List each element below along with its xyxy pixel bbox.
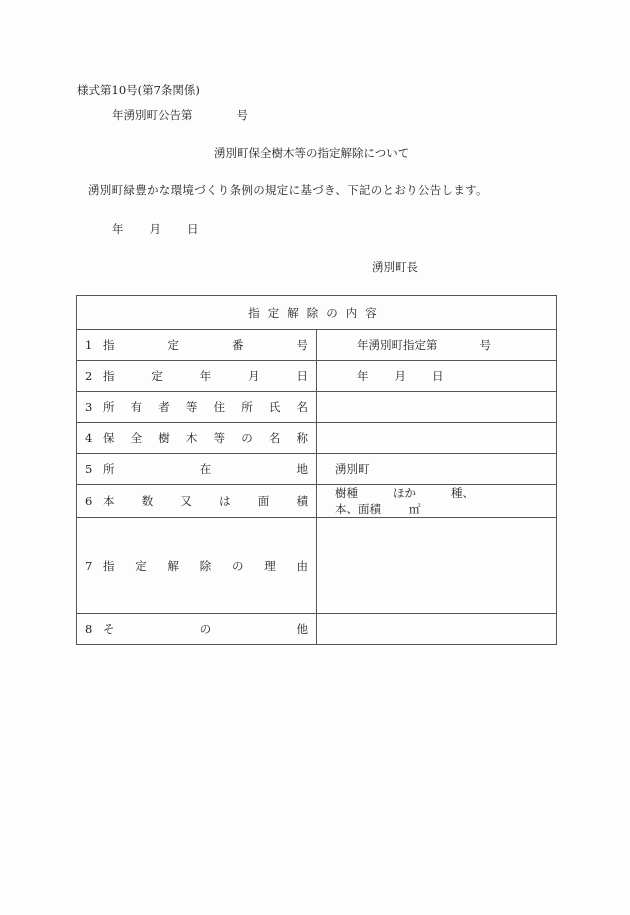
row-label-tree-name: 4 保 全 樹 木 等 の 名 称 (77, 423, 317, 454)
notice-number-line: 年湧別町公告第号 (112, 110, 248, 122)
row-label-designation-date: 2 指 定 年 月 日 (77, 361, 317, 392)
table-heading-row: 指定解除の内容 (77, 296, 557, 330)
location-field[interactable]: 湧別町 (317, 454, 557, 485)
owner-address-name-field[interactable] (317, 392, 557, 423)
table-row: 3 所 有 者 等 住 所 氏 名 (77, 392, 557, 423)
row-number: 4 (85, 431, 103, 445)
row-number: 1 (85, 338, 103, 352)
tree-name-field[interactable] (317, 423, 557, 454)
row-number: 3 (85, 400, 103, 414)
row-number: 5 (85, 462, 103, 476)
species-label: 樹種 (335, 485, 393, 501)
document-title: 湧別町保全樹木等の指定解除について (214, 148, 409, 160)
others-label: ほか (393, 485, 451, 501)
date-month: 月 (150, 222, 162, 236)
row-label-cancellation-reason: 7 指 定 解 除 の 理 由 (77, 518, 317, 614)
designation-date-field[interactable]: 年月日 (317, 361, 557, 392)
date-line: 年月日 (112, 224, 199, 236)
tree-count-area-label: 本、面積 (335, 501, 409, 517)
designation-number-field[interactable]: 年湧別町指定第号 (317, 330, 557, 361)
table-row: 1 指 定 番 号 年湧別町指定第号 (77, 330, 557, 361)
table-row: 7 指 定 解 除 の 理 由 (77, 518, 557, 614)
table-row: 6 本 数 又 は 面 積 樹種ほか種、本、面積㎡ (77, 485, 557, 518)
species-count-label: 種、 (451, 485, 501, 501)
row-number: 2 (85, 369, 103, 383)
row-label-designation-number: 1 指 定 番 号 (77, 330, 317, 361)
table-row: 2 指 定 年 月 日 年月日 (77, 361, 557, 392)
table-row: 4 保 全 樹 木 等 の 名 称 (77, 423, 557, 454)
other-field[interactable] (317, 614, 557, 645)
notice-prefix: 年湧別町公告第 (112, 108, 193, 122)
body-text: 湧別町緑豊かな環境づくり条例の規定に基づき、下記のとおり公告します。 (88, 185, 488, 197)
row-label-location: 5 所 在 地 (77, 454, 317, 485)
row-number: 7 (85, 559, 103, 573)
row-label-count-or-area: 6 本 数 又 は 面 積 (77, 485, 317, 518)
date-year: 年 (112, 222, 124, 236)
count-or-area-field[interactable]: 樹種ほか種、本、面積㎡ (317, 485, 557, 518)
table-row: 8 そ の 他 (77, 614, 557, 645)
row-label-other: 8 そ の 他 (77, 614, 317, 645)
row-number: 8 (85, 622, 103, 636)
form-number: 様式第10号(第7条関係) (77, 85, 200, 97)
row-number: 6 (85, 494, 103, 508)
cancellation-reason-field[interactable] (317, 518, 557, 614)
row-label-owner-address-name: 3 所 有 者 等 住 所 氏 名 (77, 392, 317, 423)
table-heading: 指定解除の内容 (77, 296, 557, 330)
signatory: 湧別町長 (372, 262, 418, 274)
table-row: 5 所 在 地 湧別町 (77, 454, 557, 485)
square-meter-unit: ㎡ (409, 501, 421, 517)
date-day: 日 (187, 222, 199, 236)
cancellation-details-table: 指定解除の内容 1 指 定 番 号 年湧別町指定第号 2 指 定 (76, 295, 557, 645)
notice-suffix: 号 (237, 108, 249, 122)
